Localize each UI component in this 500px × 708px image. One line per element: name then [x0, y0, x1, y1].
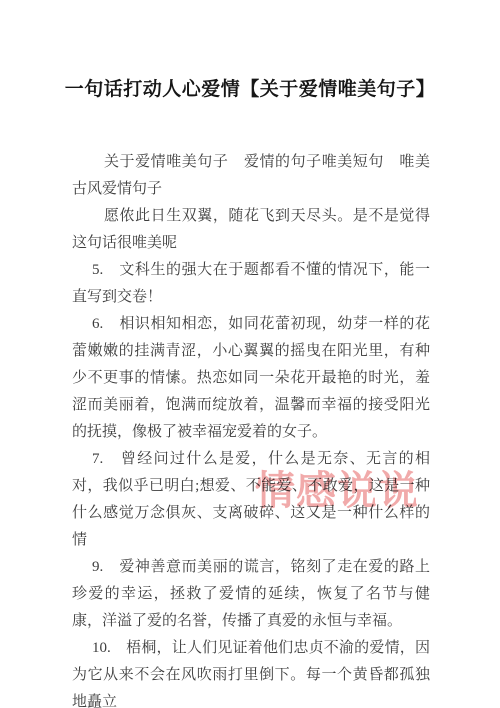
- paragraph: 愿侬此日生双翼，随花飞到天尽头。是不是觉得这句话很唯美呢: [72, 203, 430, 257]
- paragraph: 6. 相识相知相恋，如同花蕾初现，幼芽一样的花蕾嫩嫩的挂满青涩，小心翼翼的摇曳在…: [72, 311, 430, 446]
- page-title: 一句话打动人心爱情【关于爱情唯美句子】: [0, 76, 500, 104]
- paragraph: 7. 曾经问过什么是爱，什么是无奈、无言的相对，我似乎已明白;想爱、不能爱、不敢…: [72, 446, 430, 554]
- document-body: 关于爱情唯美句子 爱情的句子唯美短句 唯美古风爱情句子愿侬此日生双翼，随花飞到天…: [72, 149, 430, 708]
- paragraph: 关于爱情唯美句子 爱情的句子唯美短句 唯美古风爱情句子: [72, 149, 430, 203]
- paragraph: 9. 爱神善意而美丽的谎言，铭刻了走在爱的路上珍爱的幸运，拯救了爱情的延续，恢复…: [72, 554, 430, 635]
- paragraph: 5. 文科生的强大在于题都看不懂的情况下，能一直写到交卷！: [72, 257, 430, 311]
- paragraph: 10. 梧桐，让人们见证着他们忠贞不渝的爱情，因为它从来不会在风吹雨打里倒下。每…: [72, 635, 430, 708]
- document-page: 一句话打动人心爱情【关于爱情唯美句子】 关于爱情唯美句子 爱情的句子唯美短句 唯…: [0, 0, 500, 708]
